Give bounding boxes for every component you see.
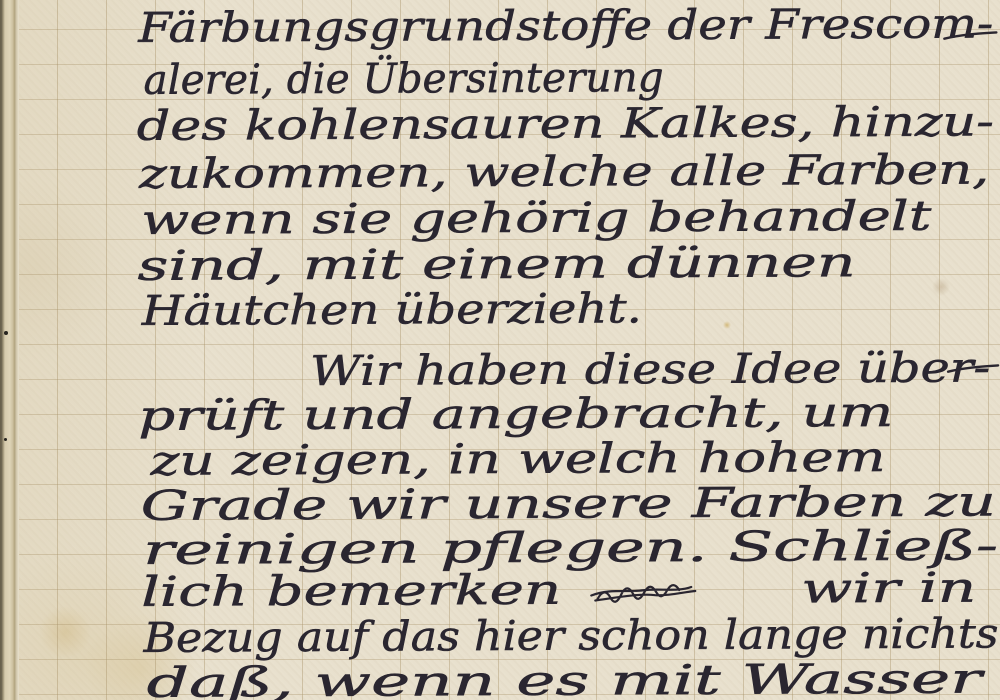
handwritten-line-14: Bezug auf das hier schon lange nichts (142, 609, 998, 661)
strikethrough-scribble (591, 585, 695, 602)
handwritten-line-3: des kohlensauren Kalkes, hinzu- (137, 97, 994, 149)
handwritten-line-6: sind, mit einem dünnen (137, 238, 855, 290)
handwritten-line-13b: wir in (801, 564, 976, 613)
handwritten-line-1: Färbungsgrundstoffe der Frescom- (137, 0, 993, 52)
handwritten-line-13a: lich bemerken (141, 566, 561, 616)
handwritten-line-4: zukommen, welche alle Farben, (138, 145, 990, 197)
handwritten-line-2: alerei, die Übersinterung (143, 53, 663, 104)
handwritten-line-5: wenn sie gehörig behandelt (141, 192, 932, 244)
handwritten-line-10: zu zeigen, in welch hohem (149, 433, 886, 485)
manuscript-page: Färbungsgrundstoffe der Frescom- alerei,… (0, 0, 1000, 700)
handwriting-layer: Färbungsgrundstoffe der Frescom- alerei,… (0, 0, 1000, 700)
handwritten-line-7: Häutchen überzieht. (140, 284, 641, 335)
handwritten-line-9: prüft und angebracht, um (138, 388, 893, 440)
handwritten-line-15: daß, wenn es mit Wasser (147, 654, 986, 700)
